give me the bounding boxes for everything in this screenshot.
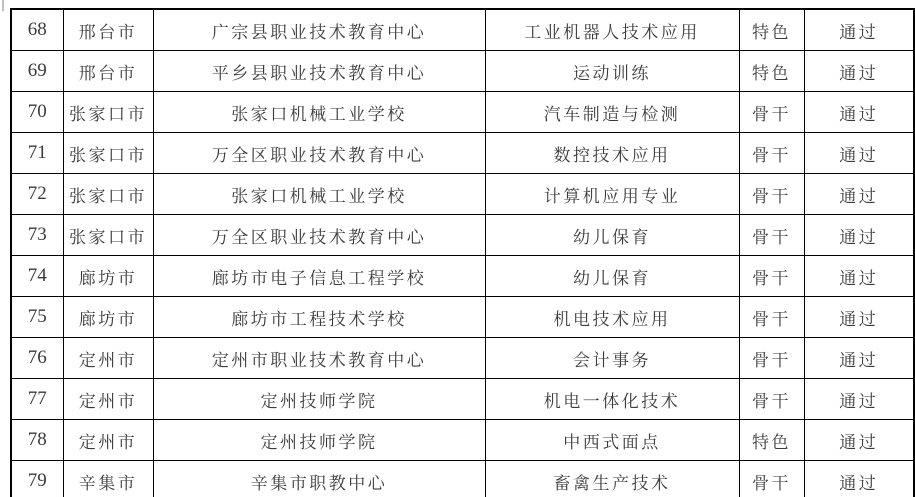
cell-result: 通过 [804,461,914,497]
approval-table: 68邢台市广宗县职业技术教育中心工业机器人技术应用特色通过69邢台市平乡县职业技… [10,8,915,497]
cell-result: 通过 [804,9,914,51]
cell-school: 万全区职业技术教育中心 [153,215,485,256]
cell-type: 特色 [739,9,804,51]
cell-major: 会计事务 [485,338,739,379]
cell-city: 张家口市 [63,174,153,215]
cell-school: 定州市职业技术教育中心 [153,338,485,379]
table-row: 71张家口市万全区职业技术教育中心数控技术应用骨干通过 [11,133,914,174]
cell-school: 辛集市职教中心 [153,461,485,497]
cell-result: 通过 [804,92,914,133]
table-row: 77定州市定州技师学院机电一体化技术骨干通过 [11,379,914,420]
cell-school: 张家口机械工业学校 [153,174,485,215]
cell-major: 机电技术应用 [485,297,739,338]
cell-type: 骨干 [739,133,804,174]
cell-school: 广宗县职业技术教育中心 [153,9,485,51]
table-row: 74廊坊市廊坊市电子信息工程学校幼儿保育骨干通过 [11,256,914,297]
cell-city: 廊坊市 [63,297,153,338]
approval-table-body: 68邢台市广宗县职业技术教育中心工业机器人技术应用特色通过69邢台市平乡县职业技… [11,9,914,497]
table-row: 75廊坊市廊坊市工程技术学校机电技术应用骨干通过 [11,297,914,338]
cell-number: 73 [11,215,63,256]
cell-number: 69 [11,51,63,92]
cell-city: 定州市 [63,379,153,420]
cell-number: 75 [11,297,63,338]
cell-city: 邢台市 [63,9,153,51]
cell-result: 通过 [804,297,914,338]
cell-major: 中西式面点 [485,420,739,461]
cell-city: 张家口市 [63,92,153,133]
cell-school: 万全区职业技术教育中心 [153,133,485,174]
cell-number: 79 [11,461,63,497]
cell-result: 通过 [804,51,914,92]
cell-result: 通过 [804,256,914,297]
cell-result: 通过 [804,338,914,379]
cell-school: 廊坊市工程技术学校 [153,297,485,338]
cell-school: 定州技师学院 [153,420,485,461]
cell-city: 张家口市 [63,133,153,174]
cell-school: 张家口机械工业学校 [153,92,485,133]
cell-city: 定州市 [63,338,153,379]
cell-number: 78 [11,420,63,461]
cell-type: 骨干 [739,256,804,297]
document-page: { "table": { "rows": [ {"no": "68", "cit… [0,0,915,497]
cell-type: 骨干 [739,297,804,338]
cell-result: 通过 [804,379,914,420]
cell-major: 幼儿保育 [485,215,739,256]
cell-major: 机电一体化技术 [485,379,739,420]
cell-city: 定州市 [63,420,153,461]
cell-number: 76 [11,338,63,379]
cell-type: 骨干 [739,174,804,215]
table-row: 68邢台市广宗县职业技术教育中心工业机器人技术应用特色通过 [11,9,914,51]
cell-type: 骨干 [739,379,804,420]
cell-major: 运动训练 [485,51,739,92]
cell-number: 77 [11,379,63,420]
cell-number: 68 [11,9,63,51]
table-row: 69邢台市平乡县职业技术教育中心运动训练特色通过 [11,51,914,92]
cell-school: 廊坊市电子信息工程学校 [153,256,485,297]
cell-city: 廊坊市 [63,256,153,297]
cell-major: 工业机器人技术应用 [485,9,739,51]
cell-type: 骨干 [739,215,804,256]
cell-city: 辛集市 [63,461,153,497]
cell-major: 畜禽生产技术 [485,461,739,497]
cell-number: 71 [11,133,63,174]
cell-number: 72 [11,174,63,215]
page-edge-fragment [2,0,4,11]
cell-major: 数控技术应用 [485,133,739,174]
cell-type: 特色 [739,420,804,461]
cell-result: 通过 [804,420,914,461]
cell-major: 幼儿保育 [485,256,739,297]
table-row: 78定州市定州技师学院中西式面点特色通过 [11,420,914,461]
cell-city: 邢台市 [63,51,153,92]
cell-result: 通过 [804,133,914,174]
cell-type: 骨干 [739,92,804,133]
cell-result: 通过 [804,174,914,215]
cell-type: 骨干 [739,461,804,497]
cell-school: 定州技师学院 [153,379,485,420]
cell-school: 平乡县职业技术教育中心 [153,51,485,92]
table-row: 79辛集市辛集市职教中心畜禽生产技术骨干通过 [11,461,914,497]
cell-major: 汽车制造与检测 [485,92,739,133]
table-row: 76定州市定州市职业技术教育中心会计事务骨干通过 [11,338,914,379]
cell-city: 张家口市 [63,215,153,256]
table-row: 72张家口市张家口机械工业学校计算机应用专业骨干通过 [11,174,914,215]
table-row: 73张家口市万全区职业技术教育中心幼儿保育骨干通过 [11,215,914,256]
table-row: 70张家口市张家口机械工业学校汽车制造与检测骨干通过 [11,92,914,133]
cell-result: 通过 [804,215,914,256]
cell-type: 特色 [739,51,804,92]
cell-type: 骨干 [739,338,804,379]
cell-major: 计算机应用专业 [485,174,739,215]
cell-number: 74 [11,256,63,297]
cell-number: 70 [11,92,63,133]
